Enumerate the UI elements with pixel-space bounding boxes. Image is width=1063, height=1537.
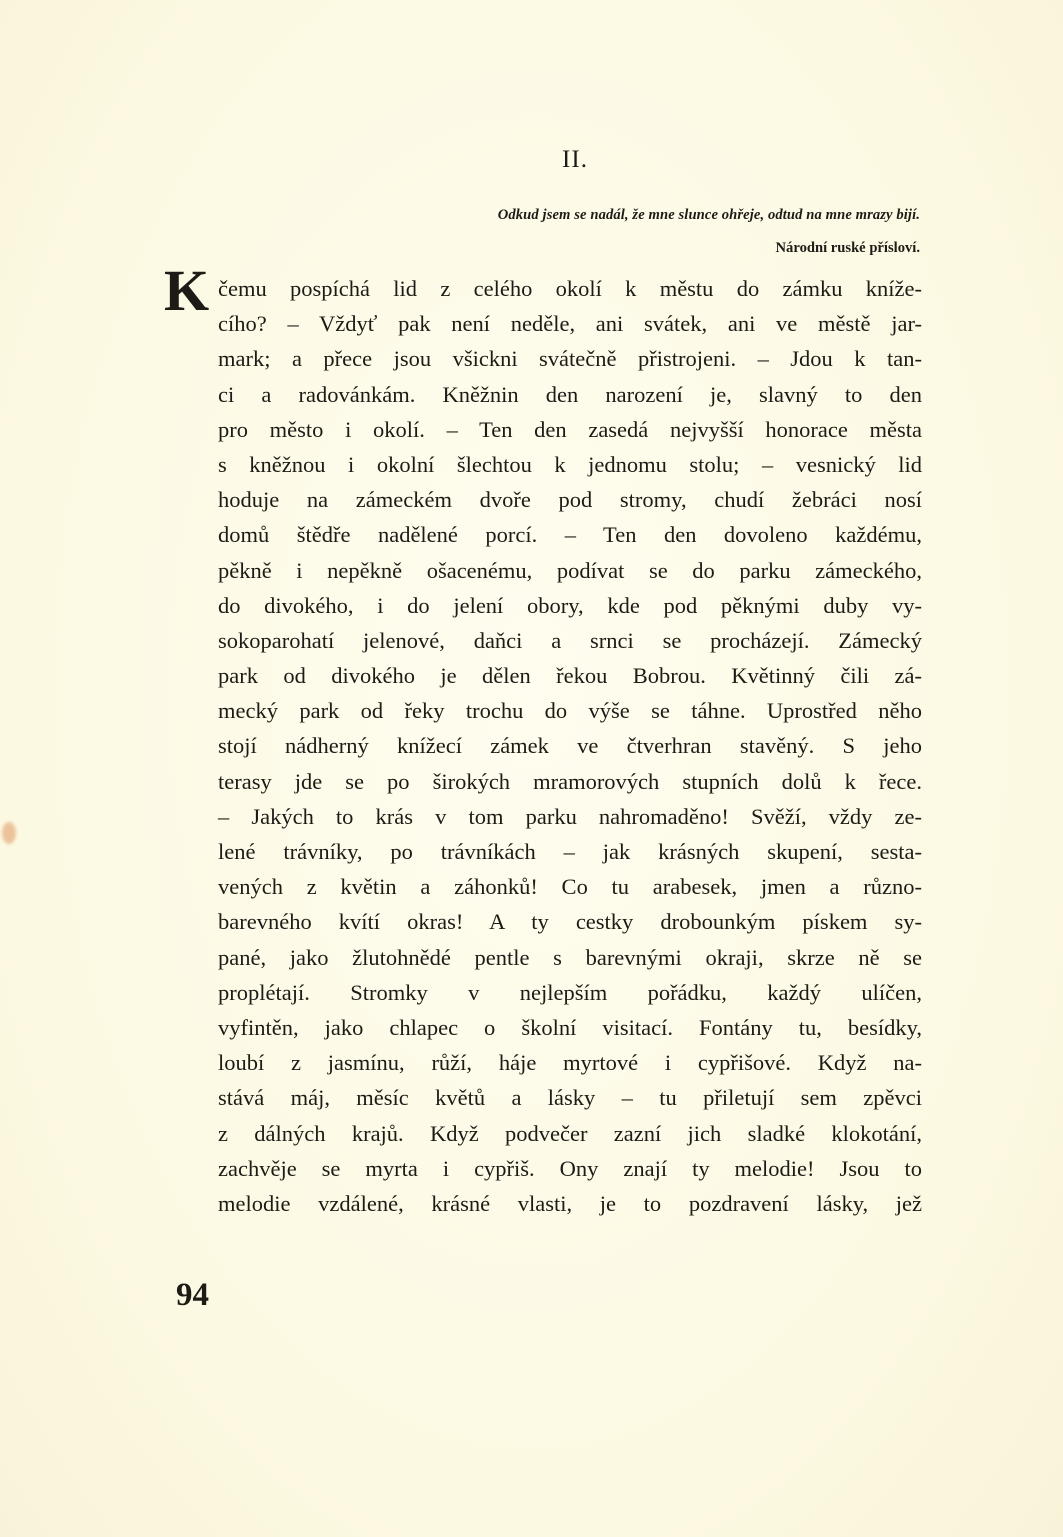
epigraph-quote: Odkud jsem se nadál, že mne slunce ohřej… <box>498 207 920 224</box>
text-line: cího? – Vždyť pak není neděle, ani sváte… <box>218 306 922 341</box>
text-line: hoduje na zámeckém dvoře pod stromy, chu… <box>218 482 922 517</box>
paper-stain <box>2 822 16 844</box>
page-number: 94 <box>176 1277 209 1314</box>
text-line: vených z květin a záhonků! Co tu arabese… <box>218 869 922 904</box>
text-line: proplétají. Stromky v nejlepším pořádku,… <box>218 975 922 1010</box>
drop-cap: K <box>164 262 209 320</box>
text-line: terasy jde se po širokých mramorových st… <box>218 764 922 799</box>
text-line: lené trávníky, po trávníkách – jak krásn… <box>218 834 922 869</box>
text-line: z dálných krajů. Když podvečer zazní jic… <box>218 1116 922 1151</box>
text-line: stojí nádherný knížecí zámek ve čtverhra… <box>218 728 922 763</box>
text-line: park od divokého je dělen řekou Bobrou. … <box>218 658 922 693</box>
text-line: pané, jako žlutohnědé pentle s barevnými… <box>218 940 922 975</box>
text-line: pěkně i nepěkně ošacenému, podívat se do… <box>218 553 922 588</box>
text-line: – Jakých to krás v tom parku nahromaděno… <box>218 799 922 834</box>
text-line: mecký park od řeky trochu do výše se táh… <box>218 693 922 728</box>
body-text: čemu pospíchá lid z celého okolí k městu… <box>218 271 922 1221</box>
chapter-heading: II. <box>0 146 1063 174</box>
text-line: zachvěje se myrta i cypřiš. Ony znají ty… <box>218 1151 922 1186</box>
text-line: vyfintěn, jako chlapec o školní visitací… <box>218 1010 922 1045</box>
text-line: pro město i okolí. – Ten den zasedá nejv… <box>218 412 922 447</box>
text-line: čemu pospíchá lid z celého okolí k městu… <box>218 271 922 306</box>
text-line: sokoparohatí jelenové, daňci a srnci se … <box>218 623 922 658</box>
text-line: ci a radovánkám. Kněžnin den narození je… <box>218 377 922 412</box>
text-line: stává máj, měsíc květů a lásky – tu přil… <box>218 1080 922 1115</box>
text-line: melodie vzdálené, krásné vlasti, je to p… <box>218 1186 922 1221</box>
text-line: domů štědře nadělené porcí. – Ten den do… <box>218 517 922 552</box>
text-line: barevného kvítí okras! A ty cestky drobo… <box>218 904 922 939</box>
text-line: mark; a přece jsou všickni svátečně přis… <box>218 341 922 376</box>
text-line: do divokého, i do jelení obory, kde pod … <box>218 588 922 623</box>
text-line: s kněžnou i okolní šlechtou k jednomu st… <box>218 447 922 482</box>
text-line: loubí z jasmínu, růží, háje myrtové i cy… <box>218 1045 922 1080</box>
book-page: II. Odkud jsem se nadál, že mne slunce o… <box>0 0 1063 1537</box>
epigraph-source: Národní ruské přísloví. <box>776 240 920 257</box>
